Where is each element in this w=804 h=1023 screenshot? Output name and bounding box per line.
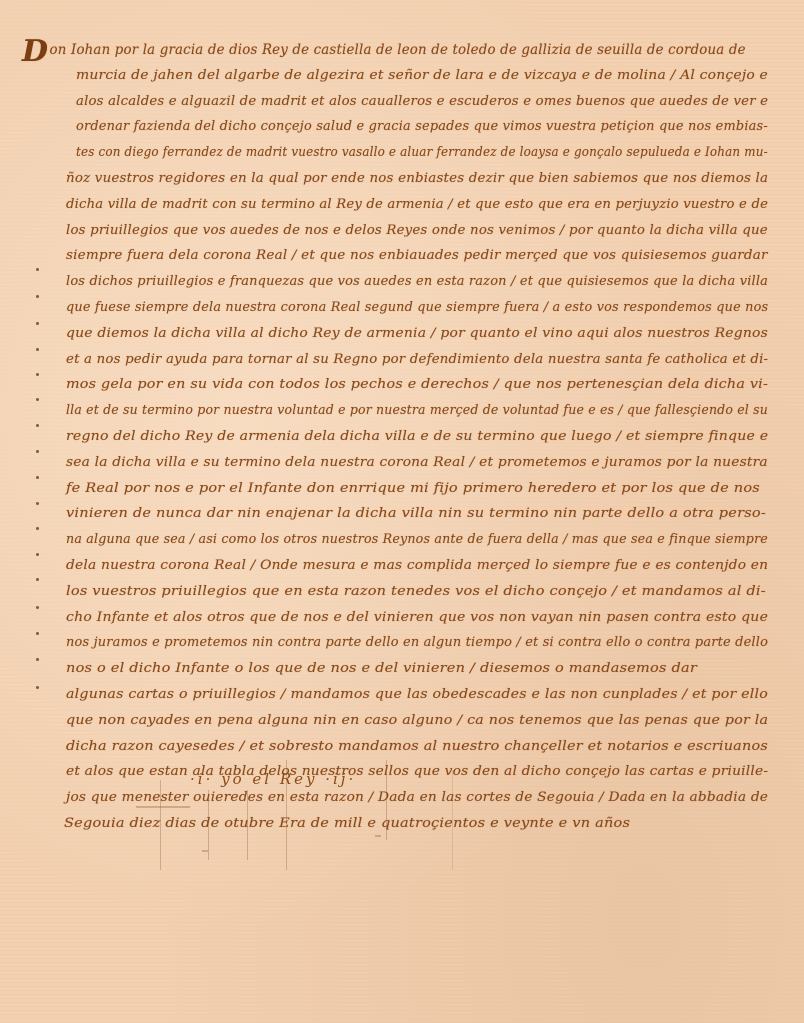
charter-line: que fuese siempre dela nuestra corona Re…	[28, 300, 768, 326]
ink-stroke	[247, 790, 248, 860]
charter-line: que diemos la dicha villa al dicho Rey d…	[28, 326, 768, 352]
margin-mark	[36, 373, 39, 376]
charter-text-block: D on Iohan por la gracia de dios Rey de …	[28, 42, 768, 842]
margin-mark	[36, 686, 39, 689]
charter-line: los vuestros priuillegios que en esta ra…	[28, 584, 768, 610]
margin-mark	[36, 606, 39, 609]
margin-mark	[36, 424, 39, 427]
charter-line: et alos que estan ala tabla delos nuestr…	[28, 764, 768, 790]
ink-stroke	[208, 790, 209, 860]
margin-mark	[36, 398, 39, 401]
charter-line: nos o el dicho Infante o los que de nos …	[28, 661, 768, 687]
ink-stroke	[136, 806, 190, 808]
charter-line: tes con diego ferrandez de madrit vuestr…	[28, 145, 768, 171]
margin-mark	[36, 632, 39, 635]
margin-mark	[36, 553, 39, 556]
charter-line: algunas cartas o priuillegios / mandamos…	[28, 687, 768, 713]
ink-stroke	[160, 780, 161, 870]
charter-line: mos gela por en su vida con todos los pe…	[28, 377, 768, 403]
margin-mark	[36, 348, 39, 351]
charter-line: regno del dicho Rey de armenia dela dich…	[28, 429, 768, 455]
margin-mark	[36, 658, 39, 661]
margin-mark	[36, 527, 39, 530]
margin-mark	[36, 450, 39, 453]
charter-line: vinieren de nunca dar nin enajenar la di…	[28, 506, 768, 532]
charter-line: los priuillegios que vos auedes de nos e…	[28, 223, 768, 249]
margin-mark	[36, 295, 39, 298]
ink-stroke	[452, 770, 453, 870]
charter-line: murcia de jahen del algarbe de algezira …	[28, 68, 768, 94]
margin-mark	[36, 502, 39, 505]
charter-line: lla et de su termino por nuestra volunta…	[28, 403, 768, 429]
charter-line: que non cayades en pena alguna nin en ca…	[28, 713, 768, 739]
charter-line: los dichos priuillegios e franquezas que…	[28, 274, 768, 300]
royal-signature: ·i· yo el Rey ·ij·	[190, 770, 356, 788]
charter-line: alos alcaldes e alguazil de madrit et al…	[28, 94, 768, 120]
margin-mark	[36, 476, 39, 479]
ink-stroke	[386, 760, 387, 840]
charter-line: nos juramos e prometemos nin contra part…	[28, 635, 768, 661]
margin-mark	[36, 578, 39, 581]
ink-stroke	[286, 760, 287, 870]
charter-line: na alguna que sea / asi como los otros n…	[28, 532, 768, 558]
ink-stroke	[375, 835, 381, 837]
charter-line: jos que menester ouieredes en esta razon…	[28, 790, 768, 816]
charter-line: Segouia diez dias de otubre Era de mill …	[28, 816, 768, 842]
margin-mark	[36, 268, 39, 271]
charter-line: cho Infante et alos otros que de nos e d…	[28, 610, 768, 636]
charter-line: ordenar fazienda del dicho conçejo salud…	[28, 119, 768, 145]
charter-line: siempre fuera dela corona Real / et que …	[28, 248, 768, 274]
charter-line: dicha villa de madrit con su termino al …	[28, 197, 768, 223]
charter-line: dicha razon cayesedes / et sobresto mand…	[28, 739, 768, 765]
charter-line: fe Real por nos e por el Infante don enr…	[28, 481, 768, 507]
charter-line: ñoz vuestros regidores en la qual por en…	[28, 171, 768, 197]
margin-mark	[36, 322, 39, 325]
charter-line: dela nuestra corona Real / Onde mesura e…	[28, 558, 768, 584]
ink-stroke	[202, 850, 208, 852]
charter-line: sea la dicha villa e su termino dela nue…	[28, 455, 768, 481]
charter-line: et a nos pedir ayuda para tornar al su R…	[28, 352, 768, 378]
charter-line: D on Iohan por la gracia de dios Rey de …	[28, 42, 768, 68]
